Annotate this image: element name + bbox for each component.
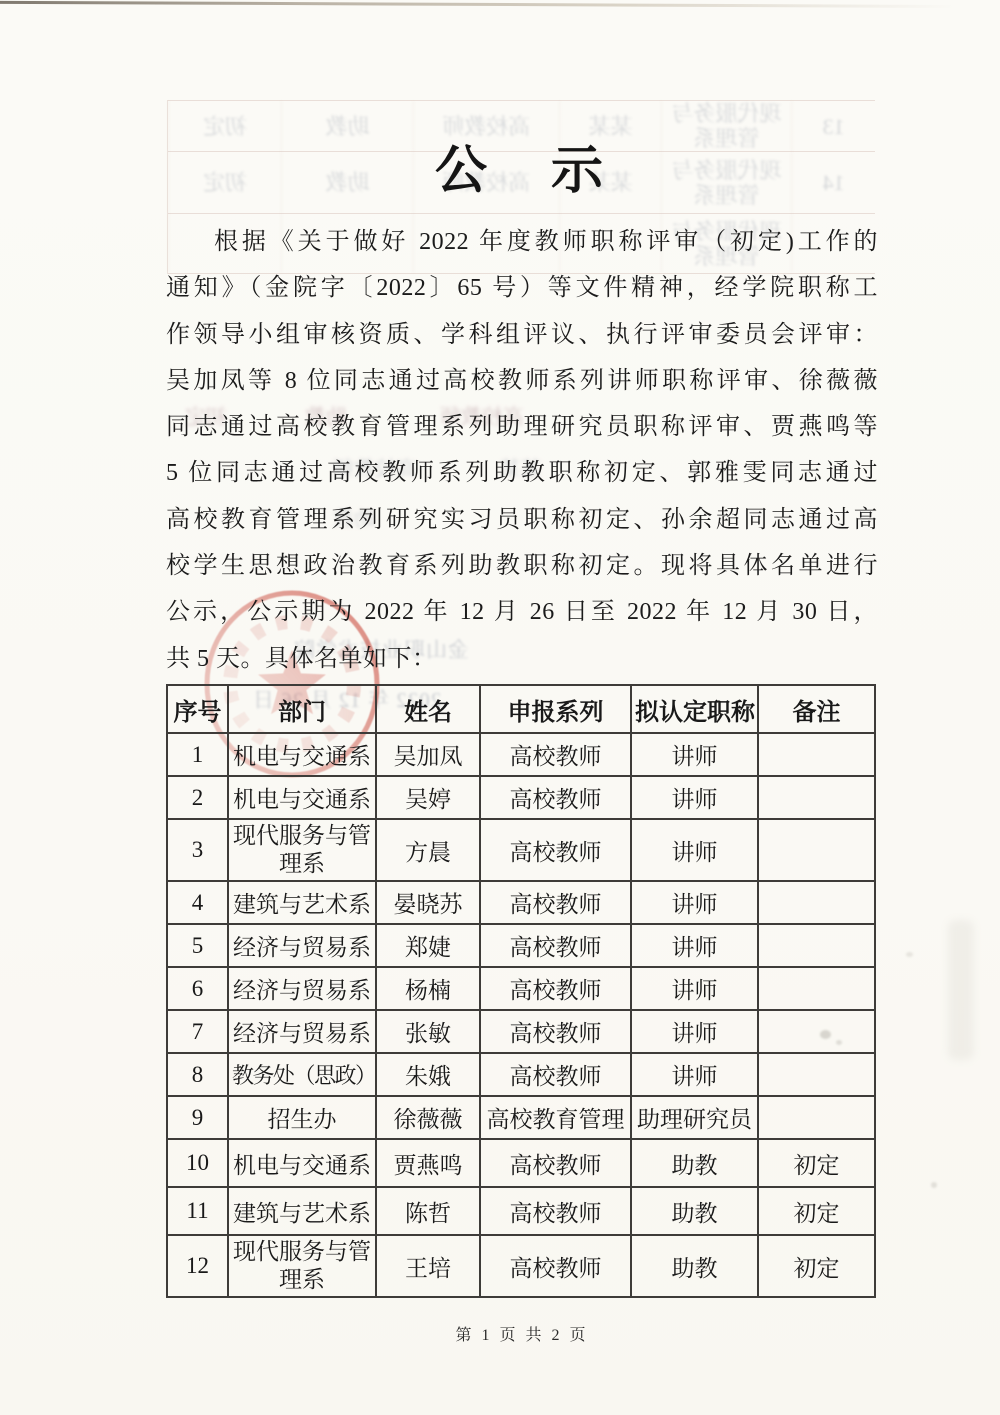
body-line: 通知》（金院字〔2022〕65 号）等文件精神，经学院职称工: [166, 265, 878, 311]
table-cell: 高校教师: [480, 1235, 631, 1297]
table-cell: 2: [167, 776, 228, 819]
table-cell: 助教: [631, 1187, 758, 1235]
table-row: 2机电与交通系吴婷高校教师讲师: [167, 776, 875, 819]
body-line: 5 位同志通过高校教师系列助教职称初定、郭雅雯同志通过: [166, 450, 878, 496]
table-cell: 讲师: [631, 924, 758, 967]
table-row: 6经济与贸易系杨楠高校教师讲师: [167, 967, 875, 1010]
scan-speck: [931, 1182, 937, 1188]
body-line: 作领导小组审核资质、学科组评议、执行评审委员会评审：: [166, 312, 878, 358]
body-line: 共 5 天。具体名单如下：: [166, 636, 878, 682]
table-cell: 高校教师: [480, 776, 631, 819]
column-header: 部门: [228, 685, 376, 733]
scan-speck: [820, 1030, 831, 1039]
table-cell: 现代服务与管理系: [228, 1235, 376, 1297]
table-row: 5经济与贸易系郑婕高校教师讲师: [167, 924, 875, 967]
table-cell: 建筑与艺术系: [228, 1187, 376, 1235]
scanned-document-page: 初定助教高校教师某某现代服务与管理系13初定助教高校教师某某现代服务与管理系14…: [0, 0, 1000, 1415]
table-cell: 朱娥: [376, 1053, 480, 1096]
table-cell: 高校教师: [480, 1053, 631, 1096]
scan-smudge: [948, 920, 974, 1060]
table-cell: 讲师: [631, 733, 758, 776]
column-header: 申报系列: [480, 685, 631, 733]
table-row: 9招生办徐薇薇高校教育管理助理研究员: [167, 1096, 875, 1139]
table-cell: [758, 924, 875, 967]
table-cell: 初定: [758, 1139, 875, 1187]
table-cell: 讲师: [631, 881, 758, 924]
table-row: 3现代服务与管理系方晨高校教师讲师: [167, 819, 875, 881]
table-row: 1机电与交通系吴加凤高校教师讲师: [167, 733, 875, 776]
table-cell: 6: [167, 967, 228, 1010]
table-cell: 机电与交通系: [228, 1139, 376, 1187]
table-cell: 王培: [376, 1235, 480, 1297]
table-row: 12现代服务与管理系王培高校教师助教初定: [167, 1235, 875, 1297]
table-cell: 助理研究员: [631, 1096, 758, 1139]
scan-speck: [906, 952, 913, 957]
table-cell: [758, 967, 875, 1010]
table-cell: [758, 776, 875, 819]
table-cell: [758, 1053, 875, 1096]
table-cell: 招生办: [228, 1096, 376, 1139]
body-line: 根据《关于做好 2022 年度教师职称评审（初定)工作的: [166, 219, 878, 265]
column-header: 序号: [167, 685, 228, 733]
table-cell: 初定: [758, 1235, 875, 1297]
table-cell: 方晨: [376, 819, 480, 881]
table-cell: [758, 881, 875, 924]
body-line: 吴加凤等 8 位同志通过高校教师系列讲师职称评审、徐薇薇: [166, 358, 878, 404]
table-cell: 高校教师: [480, 924, 631, 967]
column-header: 拟认定职称: [631, 685, 758, 733]
page-number-footer: 第 1 页 共 2 页: [0, 1322, 1000, 1345]
table-cell: 11: [167, 1187, 228, 1235]
table-cell: [758, 733, 875, 776]
table-cell: 讲师: [631, 1053, 758, 1096]
table-cell: 经济与贸易系: [228, 1010, 376, 1053]
table-cell: 5: [167, 924, 228, 967]
table-cell: 高校教师: [480, 1139, 631, 1187]
table-cell: 贾燕鸣: [376, 1139, 480, 1187]
table-row: 4建筑与艺术系晏晓苏高校教师讲师: [167, 881, 875, 924]
table-cell: 高校教师: [480, 881, 631, 924]
table-cell: 助教: [631, 1139, 758, 1187]
table-cell: 7: [167, 1010, 228, 1053]
table-cell: 杨楠: [376, 967, 480, 1010]
column-header: 备注: [758, 685, 875, 733]
table-cell: 郑婕: [376, 924, 480, 967]
table-row: 11建筑与艺术系陈哲高校教师助教初定: [167, 1187, 875, 1235]
roster-table: 序号部门姓名申报系列拟认定职称备注 1机电与交通系吴加凤高校教师讲师2机电与交通…: [166, 684, 876, 1298]
table-cell: [758, 819, 875, 881]
table-row: 7经济与贸易系张敏高校教师讲师: [167, 1010, 875, 1053]
table-cell: 初定: [758, 1187, 875, 1235]
table-cell: 经济与贸易系: [228, 967, 376, 1010]
table-cell: 教务处（思政）: [228, 1053, 376, 1096]
table-cell: 张敏: [376, 1010, 480, 1053]
table-cell: 高校教师: [480, 1187, 631, 1235]
table-row: 10机电与交通系贾燕鸣高校教师助教初定: [167, 1139, 875, 1187]
table-cell: 吴婷: [376, 776, 480, 819]
body-paragraph: 根据《关于做好 2022 年度教师职称评审（初定)工作的通知》（金院字〔2022…: [166, 219, 878, 682]
table-cell: 高校教师: [480, 733, 631, 776]
table-cell: 陈哲: [376, 1187, 480, 1235]
body-line: 同志通过高校教育管理系列助理研究员职称评审、贾燕鸣等: [166, 404, 878, 450]
table-header-row: 序号部门姓名申报系列拟认定职称备注: [167, 685, 875, 733]
table-cell: 讲师: [631, 819, 758, 881]
table-cell: 9: [167, 1096, 228, 1139]
table-cell: 机电与交通系: [228, 776, 376, 819]
table-cell: 晏晓苏: [376, 881, 480, 924]
body-line: 校学生思想政治教育系列助教职称初定。现将具体名单进行: [166, 543, 878, 589]
table-cell: 12: [167, 1235, 228, 1297]
table-cell: 4: [167, 881, 228, 924]
table-cell: 10: [167, 1139, 228, 1187]
table-cell: 讲师: [631, 776, 758, 819]
table-cell: 现代服务与管理系: [228, 819, 376, 881]
table-cell: 讲师: [631, 967, 758, 1010]
table-cell: 3: [167, 819, 228, 881]
table-cell: 机电与交通系: [228, 733, 376, 776]
table-cell: 徐薇薇: [376, 1096, 480, 1139]
table-cell: 1: [167, 733, 228, 776]
table-cell: 高校教师: [480, 967, 631, 1010]
table-cell: 经济与贸易系: [228, 924, 376, 967]
table-cell: 建筑与艺术系: [228, 881, 376, 924]
column-header: 姓名: [376, 685, 480, 733]
body-line: 公示，公示期为 2022 年 12 月 26 日至 2022 年 12 月 30…: [166, 589, 878, 635]
table-cell: 高校教师: [480, 1010, 631, 1053]
scan-top-edge: [0, 1, 1000, 8]
table-cell: 高校教育管理: [480, 1096, 631, 1139]
body-line: 高校教育管理系列研究实习员职称初定、孙余超同志通过高: [166, 497, 878, 543]
table-cell: 助教: [631, 1235, 758, 1297]
scan-speck: [836, 1040, 842, 1045]
table-row: 8教务处（思政）朱娥高校教师讲师: [167, 1053, 875, 1096]
table-cell: 讲师: [631, 1010, 758, 1053]
table-cell: 高校教师: [480, 819, 631, 881]
table-cell: 8: [167, 1053, 228, 1096]
table-cell: [758, 1010, 875, 1053]
table-cell: [758, 1096, 875, 1139]
table-cell: 吴加凤: [376, 733, 480, 776]
page-title: 公 示: [0, 128, 1000, 203]
